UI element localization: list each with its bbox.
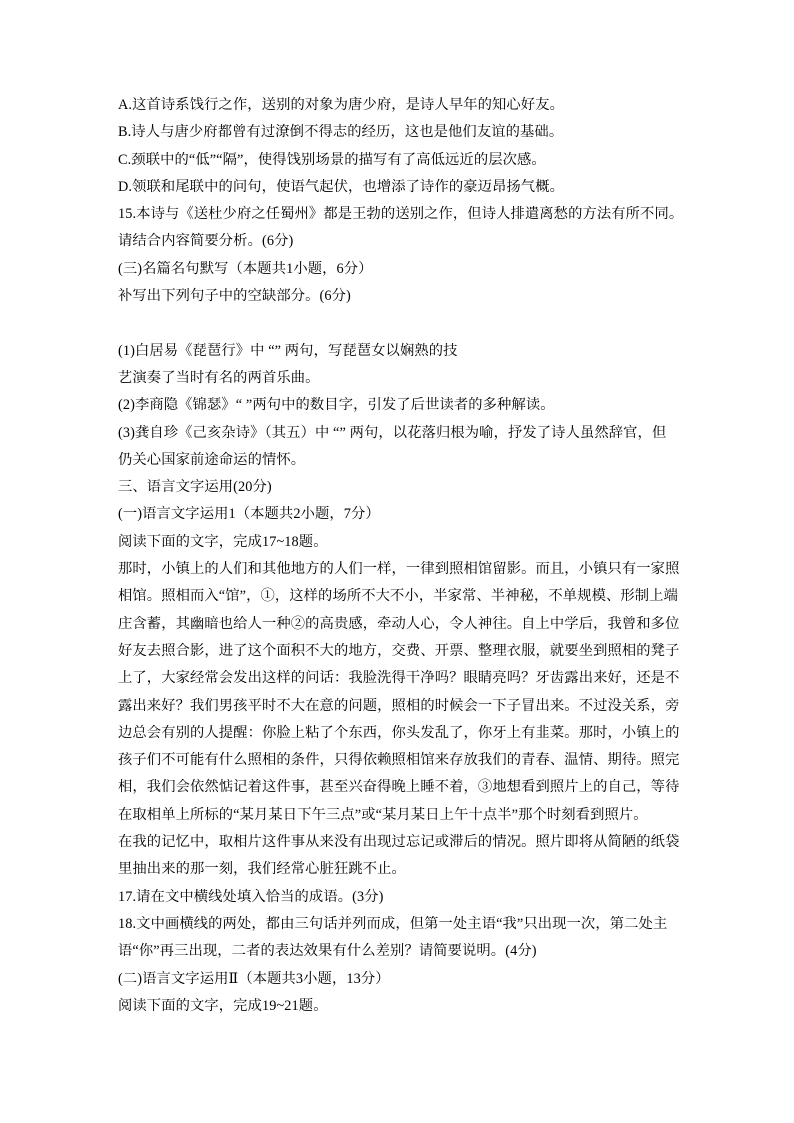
text-line: 庄含蓄，其幽暗也给人一种②的高贵感，牵动人心，令人神往。自上中学后，我曾和多位 bbox=[118, 611, 680, 638]
text-line: C.颈联中的“低”“隔”，使得饯别场景的描写有了高低远近的层次感。 bbox=[118, 147, 680, 174]
subsection-heading-language-use-2: (二)语言文字运用Ⅱ（本题共3小题，13分） bbox=[118, 966, 680, 993]
text-line bbox=[118, 310, 680, 337]
section-heading-famous-passages: (三)名篇名句默写（本题共1小题，6分） bbox=[118, 256, 680, 283]
subsection-heading-language-use-1: (一)语言文字运用1（本题共2小题，7分） bbox=[118, 501, 680, 528]
choice-options-14: A.这首诗系饯行之作，送别的对象为唐少府，是诗人早年的知心好友。B.诗人与唐少府… bbox=[118, 92, 680, 201]
spacer-blank-line bbox=[118, 310, 680, 337]
text-line: 阅读下面的文字，完成19~21题。 bbox=[118, 993, 680, 1020]
text-line: A.这首诗系饯行之作，送别的对象为唐少府，是诗人早年的知心好友。 bbox=[118, 92, 680, 119]
text-line: (1)白居易《琵琶行》中 “” 两句，写琵琶女以娴熟的技 bbox=[118, 338, 680, 365]
text-line: D.领联和尾联中的问句，使语气起伏，也增添了诗作的豪迈昂扬气概。 bbox=[118, 174, 680, 201]
question-15: 15.本诗与《送杜少府之任蜀州》都是王勃的送别之作，但诗人排遣离愁的方法有所不同… bbox=[118, 201, 680, 256]
text-line: 那时，小镇上的人们和其他地方的人们一样，一律到照相馆留影。而且，小镇只有一家照 bbox=[118, 556, 680, 583]
text-line: 三、语言文字运用(20分) bbox=[118, 474, 680, 501]
question-18: 18.文中画横线的两处，都由三句话并列而成，但第一处主语“我”只出现一次，第二处… bbox=[118, 911, 680, 966]
text-line: 露出来好？我们男孩平时不大在意的问题，照相的时候会一下子冒出来。不过没关系，旁 bbox=[118, 693, 680, 720]
text-line: (二)语言文字运用Ⅱ（本题共3小题，13分） bbox=[118, 966, 680, 993]
text-line: 上了，大家经常会发出这样的问话：我脸洗得干净吗？眼睛亮吗？牙齿露出来好，还是不 bbox=[118, 665, 680, 692]
exam-paper-page: A.这首诗系饯行之作，送别的对象为唐少府，是诗人早年的知心好友。B.诗人与唐少府… bbox=[0, 0, 794, 1123]
text-line: 阅读下面的文字，完成17~18题。 bbox=[118, 529, 680, 556]
text-line: (三)名篇名句默写（本题共1小题，6分） bbox=[118, 256, 680, 283]
text-line: 相馆。照相而入“馆”，①，这样的场所不大不小，半家常、半神秘，不单规模、形制上端 bbox=[118, 583, 680, 610]
text-line: 语“你”再三出现，二者的表达效果有什么差别？请简要说明。(4分) bbox=[118, 938, 680, 965]
section-heading-language-use: 三、语言文字运用(20分) bbox=[118, 474, 680, 501]
text-line: 在取相单上所标的“某月某日下午三点”或“某月某日上午十点半”那个时刻看到照片。 bbox=[118, 802, 680, 829]
text-line: (2)李商隐《锦瑟》“ ”两句中的数目字，引发了后世读者的多种解读。 bbox=[118, 392, 680, 419]
text-line: 18.文中画横线的两处，都由三句话并列而成，但第一处主语“我”只出现一次，第二处… bbox=[118, 911, 680, 938]
text-line: 好友去照合影，进了这个面积不大的地方，交费、开票、整理衣服，就要坐到照相的凳子 bbox=[118, 638, 680, 665]
document-body: A.这首诗系饯行之作，送别的对象为唐少府，是诗人早年的知心好友。B.诗人与唐少府… bbox=[118, 92, 680, 1020]
text-line: 里抽出来的那一刻，我们经常心脏狂跳不止。 bbox=[118, 856, 680, 883]
question-17: 17.请在文中横线处填入恰当的成语。(3分) bbox=[118, 884, 680, 911]
text-line: (3)龚自珍《己亥杂诗》（其五）中 “” 两句，以花落归根为喻，抒发了诗人虽然辞… bbox=[118, 420, 680, 447]
text-line: 仍关心国家前途命运的情怀。 bbox=[118, 447, 680, 474]
text-line: 在我的记忆中，取相片这件事从来没有出现过忘记或滞后的情况。照片即将从简陋的纸袋 bbox=[118, 829, 680, 856]
text-line: B.诗人与唐少府都曾有过潦倒不得志的经历，这也是他们友谊的基础。 bbox=[118, 119, 680, 146]
text-line: 请结合内容简要分析。(6分) bbox=[118, 228, 680, 255]
reading-instruction-17-18: 阅读下面的文字，完成17~18题。 bbox=[118, 529, 680, 556]
text-line: 17.请在文中横线处填入恰当的成语。(3分) bbox=[118, 884, 680, 911]
dictation-instruction: 补写出下列句子中的空缺部分。(6分) bbox=[118, 283, 680, 310]
text-line: 艺演奏了当时有名的两首乐曲。 bbox=[118, 365, 680, 392]
text-line: 相，我们会依然惦记着这件事，甚至兴奋得晚上睡不着，③地想看到照片上的自己，等待 bbox=[118, 774, 680, 801]
dictation-items-16: (1)白居易《琵琶行》中 “” 两句，写琵琶女以娴熟的技艺演奏了当时有名的两首乐… bbox=[118, 338, 680, 474]
text-line: 15.本诗与《送杜少府之任蜀州》都是王勃的送别之作，但诗人排遣离愁的方法有所不同… bbox=[118, 201, 680, 228]
text-line: 补写出下列句子中的空缺部分。(6分) bbox=[118, 283, 680, 310]
text-line: 边总会有别的人提醒：你脸上粘了个东西，你头发乱了，你牙上有韭菜。那时，小镇上的 bbox=[118, 720, 680, 747]
text-line: (一)语言文字运用1（本题共2小题，7分） bbox=[118, 501, 680, 528]
passage-photo-studio: 那时，小镇上的人们和其他地方的人们一样，一律到照相馆留影。而且，小镇只有一家照相… bbox=[118, 556, 680, 884]
reading-instruction-19-21: 阅读下面的文字，完成19~21题。 bbox=[118, 993, 680, 1020]
text-line: 孩子们不可能有什么照相的条件，只得依赖照相馆来存放我们的青春、温情、期待。照完 bbox=[118, 747, 680, 774]
